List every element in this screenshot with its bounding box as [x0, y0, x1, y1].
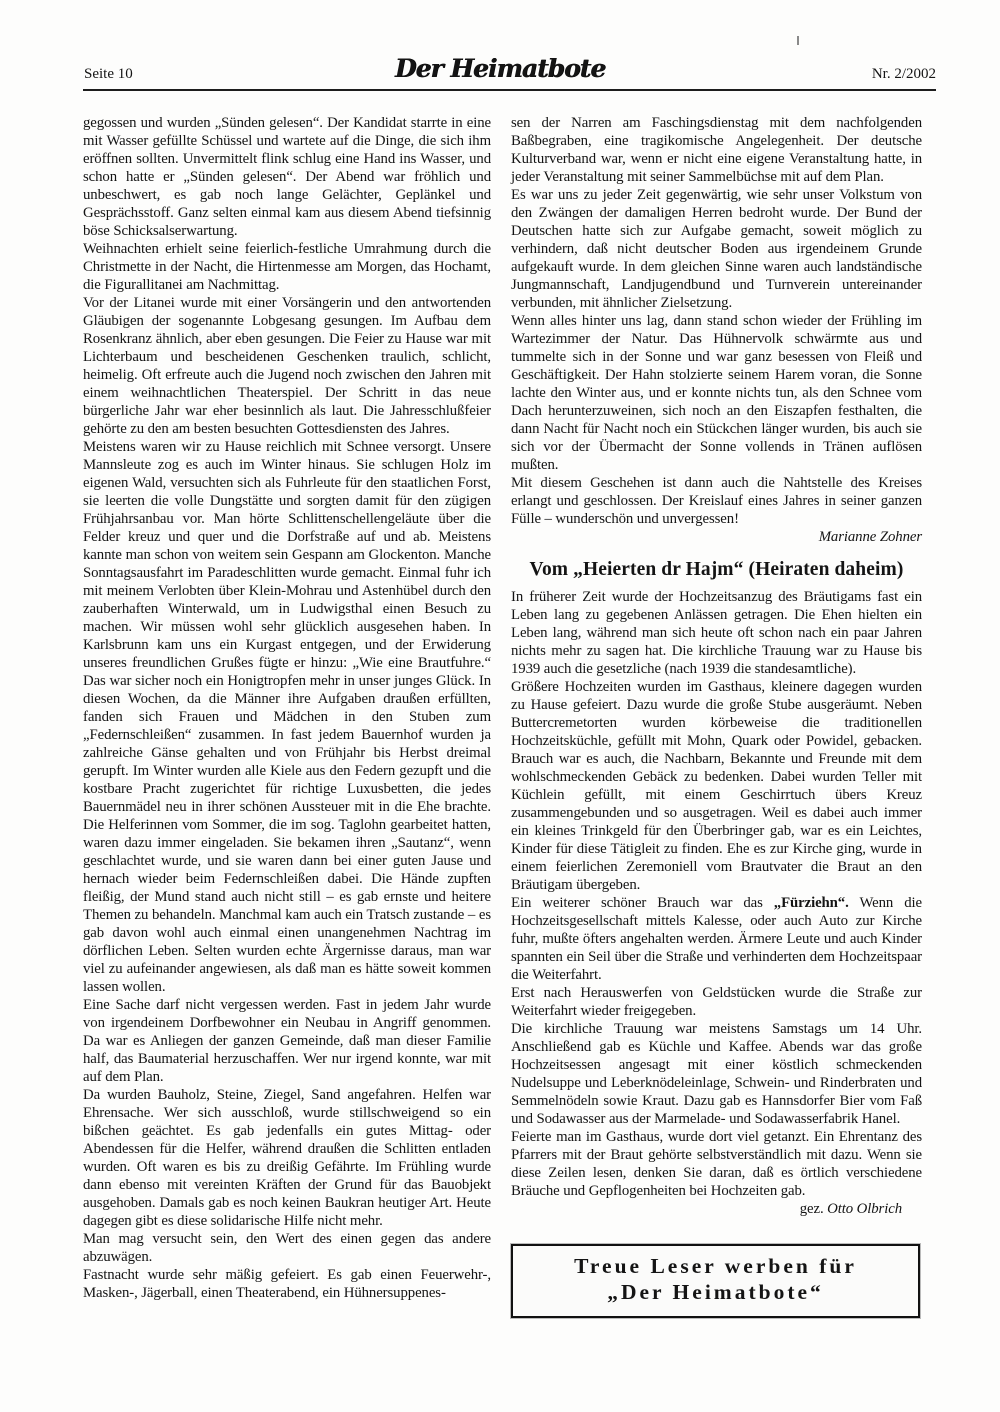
body-paragraph: Erst nach Herauswerfen von Geldstücken w…	[511, 984, 922, 1020]
subscription-ad-box: Treue Leser werben für „Der Heimatbote“	[511, 1244, 920, 1318]
body-paragraph: sen der Narren am Faschingsdienstag mit …	[511, 114, 922, 186]
author-signature: Marianne Zohner	[511, 528, 922, 546]
body-paragraph: Mit diesem Geschehen ist dann auch die N…	[511, 474, 922, 528]
issue-number: Nr. 2/2002	[872, 66, 936, 83]
text-run: Ein weiterer schöner Brauch war das	[511, 895, 774, 911]
signature-prefix: gez.	[800, 1201, 827, 1217]
author-signature: gez. Otto Olbrich	[511, 1200, 922, 1218]
body-paragraph: Man mag versucht sein, den Wert des eine…	[83, 1230, 491, 1266]
fuerziehn-paragraph: Ein weiterer schöner Brauch war das „Für…	[511, 894, 922, 984]
newspaper-page: Seite 10 Der Heimatbote Nr. 2/2002 gegos…	[0, 0, 1000, 1412]
article-title: Vom „Heierten dr Hajm“ (Heiraten daheim)	[511, 558, 922, 582]
body-paragraph: Vor der Litanei wurde mit einer Vorsänge…	[83, 294, 491, 438]
body-paragraph: Es war uns zu jeder Zeit gegenwärtig, wi…	[511, 186, 922, 312]
left-column: gegossen und wurden „Sünden gelesen“. De…	[83, 114, 491, 1302]
body-paragraph: gegossen und wurden „Sünden gelesen“. De…	[83, 114, 491, 240]
body-paragraph: Feierte man im Gasthaus, wurde dort viel…	[511, 1128, 922, 1200]
fuerziehn-bold-phrase: „Fürziehn“.	[774, 895, 849, 911]
body-paragraph: Die kirchliche Trauung war meistens Sams…	[511, 1020, 922, 1128]
body-paragraph: Eine Sache darf nicht vergessen werden. …	[83, 996, 491, 1086]
header-rule	[83, 89, 936, 91]
scan-artifact	[797, 36, 799, 45]
ad-line-2: „Der Heimatbote“	[519, 1279, 912, 1305]
body-paragraph: Weihnachten erhielt seine feierlich-fest…	[83, 240, 491, 294]
body-paragraph: Größere Hochzeiten wurden im Gasthaus, k…	[511, 678, 922, 894]
body-paragraph: Fastnacht wurde sehr mäßig gefeiert. Es …	[83, 1266, 491, 1302]
body-paragraph: Da wurden Bauholz, Steine, Ziegel, Sand …	[83, 1086, 491, 1230]
body-paragraph: Meistens waren wir zu Hause reichlich mi…	[83, 438, 491, 996]
signature-name: Otto Olbrich	[827, 1201, 902, 1217]
ad-line-1: Treue Leser werben für	[519, 1253, 912, 1279]
body-paragraph: In früherer Zeit wurde der Hochzeitsanzu…	[511, 588, 922, 678]
masthead-title: Der Heimatbote	[0, 54, 1000, 83]
right-column: sen der Narren am Faschingsdienstag mit …	[511, 114, 922, 1318]
body-paragraph: Wenn alles hinter uns lag, dann stand sc…	[511, 312, 922, 474]
